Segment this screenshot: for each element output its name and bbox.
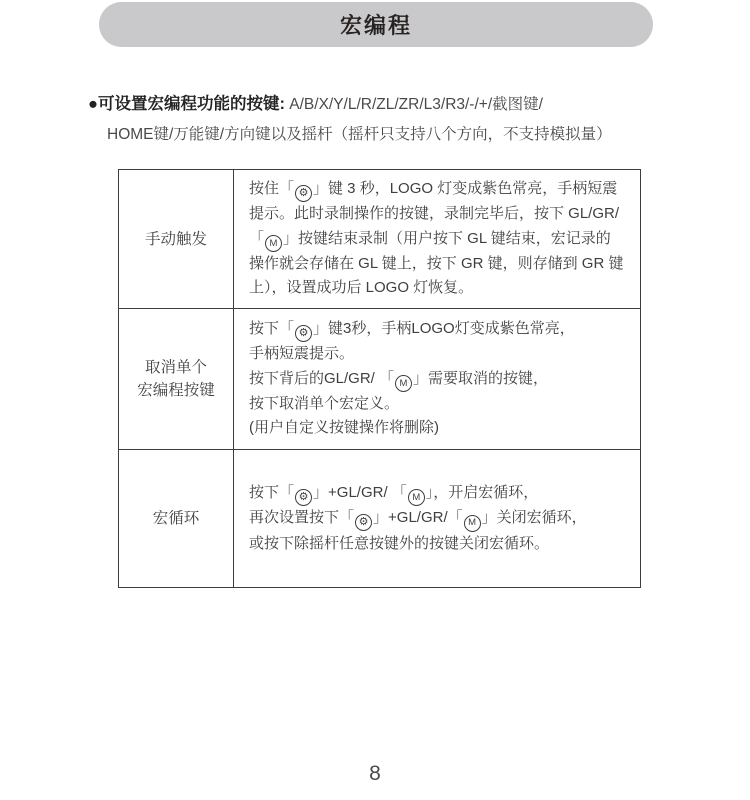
page-title: 宏编程: [340, 9, 412, 40]
row-label-manual-trigger: 手动触发: [119, 170, 234, 309]
macro-glyph: M: [400, 379, 408, 389]
row-label-line: 宏编程按键: [137, 379, 215, 402]
row-label-cancel-single-macro-key: 取消单个宏编程按键: [119, 309, 234, 450]
macro-button-icon: M: [265, 235, 282, 252]
macro-button-icon: M: [464, 515, 481, 532]
intro-bullet-heading: ●可设置宏编程功能的按键:: [88, 95, 285, 113]
macro-glyph: M: [412, 493, 420, 503]
content-line: 按住「⚙」键 3 秒，LOGO 灯变成紫色常亮，手柄短震: [249, 177, 634, 202]
content-line: 提示。此时录制操作的按键，录制完毕后，按下 GL/GR/: [249, 202, 634, 227]
macro-glyph: M: [270, 239, 278, 249]
macro-table: 手动触发按住「⚙」键 3 秒，LOGO 灯变成紫色常亮，手柄短震提示。此时录制操…: [118, 169, 641, 588]
row-label-line: 手动触发: [145, 228, 207, 251]
macro-button-icon: M: [408, 489, 425, 506]
section-title-banner: 宏编程: [99, 2, 653, 47]
content-line: 按下「⚙」键3秒，手柄LOGO灯变成紫色常亮，: [249, 317, 634, 342]
content-line: 按下背后的GL/GR/ 「M」需要取消的按键，: [249, 367, 634, 392]
content-line: 上），设置成功后 LOGO 灯恢复。: [249, 276, 634, 301]
row-label-line: 取消单个: [145, 356, 207, 379]
content-line: 按下「⚙」+GL/GR/ 「M」，开启宏循环，: [249, 481, 634, 506]
gear-glyph: ⚙: [299, 188, 309, 199]
gear-button-icon: ⚙: [295, 185, 312, 202]
gear-glyph: ⚙: [299, 492, 309, 503]
gear-glyph: ⚙: [359, 517, 369, 528]
page-number: 8: [0, 762, 750, 786]
content-line: (用户自定义按键操作将删除): [249, 416, 634, 441]
intro-bullet-keys: A/B/X/Y/L/R/ZL/ZR/L3/R3/-/+/截图键/: [285, 96, 543, 113]
content-line: 或按下除摇杆任意按键外的按键关闭宏循环。: [249, 532, 634, 557]
gear-button-icon: ⚙: [355, 514, 372, 531]
row-label-macro-loop: 宏循环: [119, 450, 234, 587]
content-line: 按下取消单个宏定义。: [249, 392, 634, 417]
content-line: 操作就会存储在 GL 键上，按下 GR 键，则存储到 GR 键: [249, 252, 634, 277]
gear-button-icon: ⚙: [295, 325, 312, 342]
gear-button-icon: ⚙: [295, 489, 312, 506]
content-line: 「M」按键结束录制（用户按下 GL 键结束，宏记录的: [249, 227, 634, 252]
intro-bullet: ●可设置宏编程功能的按键: A/B/X/Y/L/R/ZL/ZR/L3/R3/-/…: [88, 89, 698, 149]
content-line: 手柄短震提示。: [249, 342, 634, 367]
intro-bullet-line2: HOME键/万能键/方向键以及摇杆（摇杆只支持八个方向，不支持模拟量）: [88, 120, 698, 149]
row-content-cancel-single-macro-key: 按下「⚙」键3秒，手柄LOGO灯变成紫色常亮，手柄短震提示。按下背后的GL/GR…: [234, 309, 640, 450]
row-content-macro-loop: 按下「⚙」+GL/GR/ 「M」，开启宏循环，再次设置按下「⚙」+GL/GR/「…: [234, 450, 640, 587]
content-line: 再次设置按下「⚙」+GL/GR/「M」关闭宏循环，: [249, 506, 634, 531]
row-label-line: 宏循环: [153, 507, 200, 530]
row-content-manual-trigger: 按住「⚙」键 3 秒，LOGO 灯变成紫色常亮，手柄短震提示。此时录制操作的按键…: [234, 170, 640, 309]
macro-button-icon: M: [395, 375, 412, 392]
gear-glyph: ⚙: [299, 328, 309, 339]
intro-bullet-line1: ●可设置宏编程功能的按键: A/B/X/Y/L/R/ZL/ZR/L3/R3/-/…: [88, 89, 698, 120]
macro-glyph: M: [468, 518, 476, 528]
